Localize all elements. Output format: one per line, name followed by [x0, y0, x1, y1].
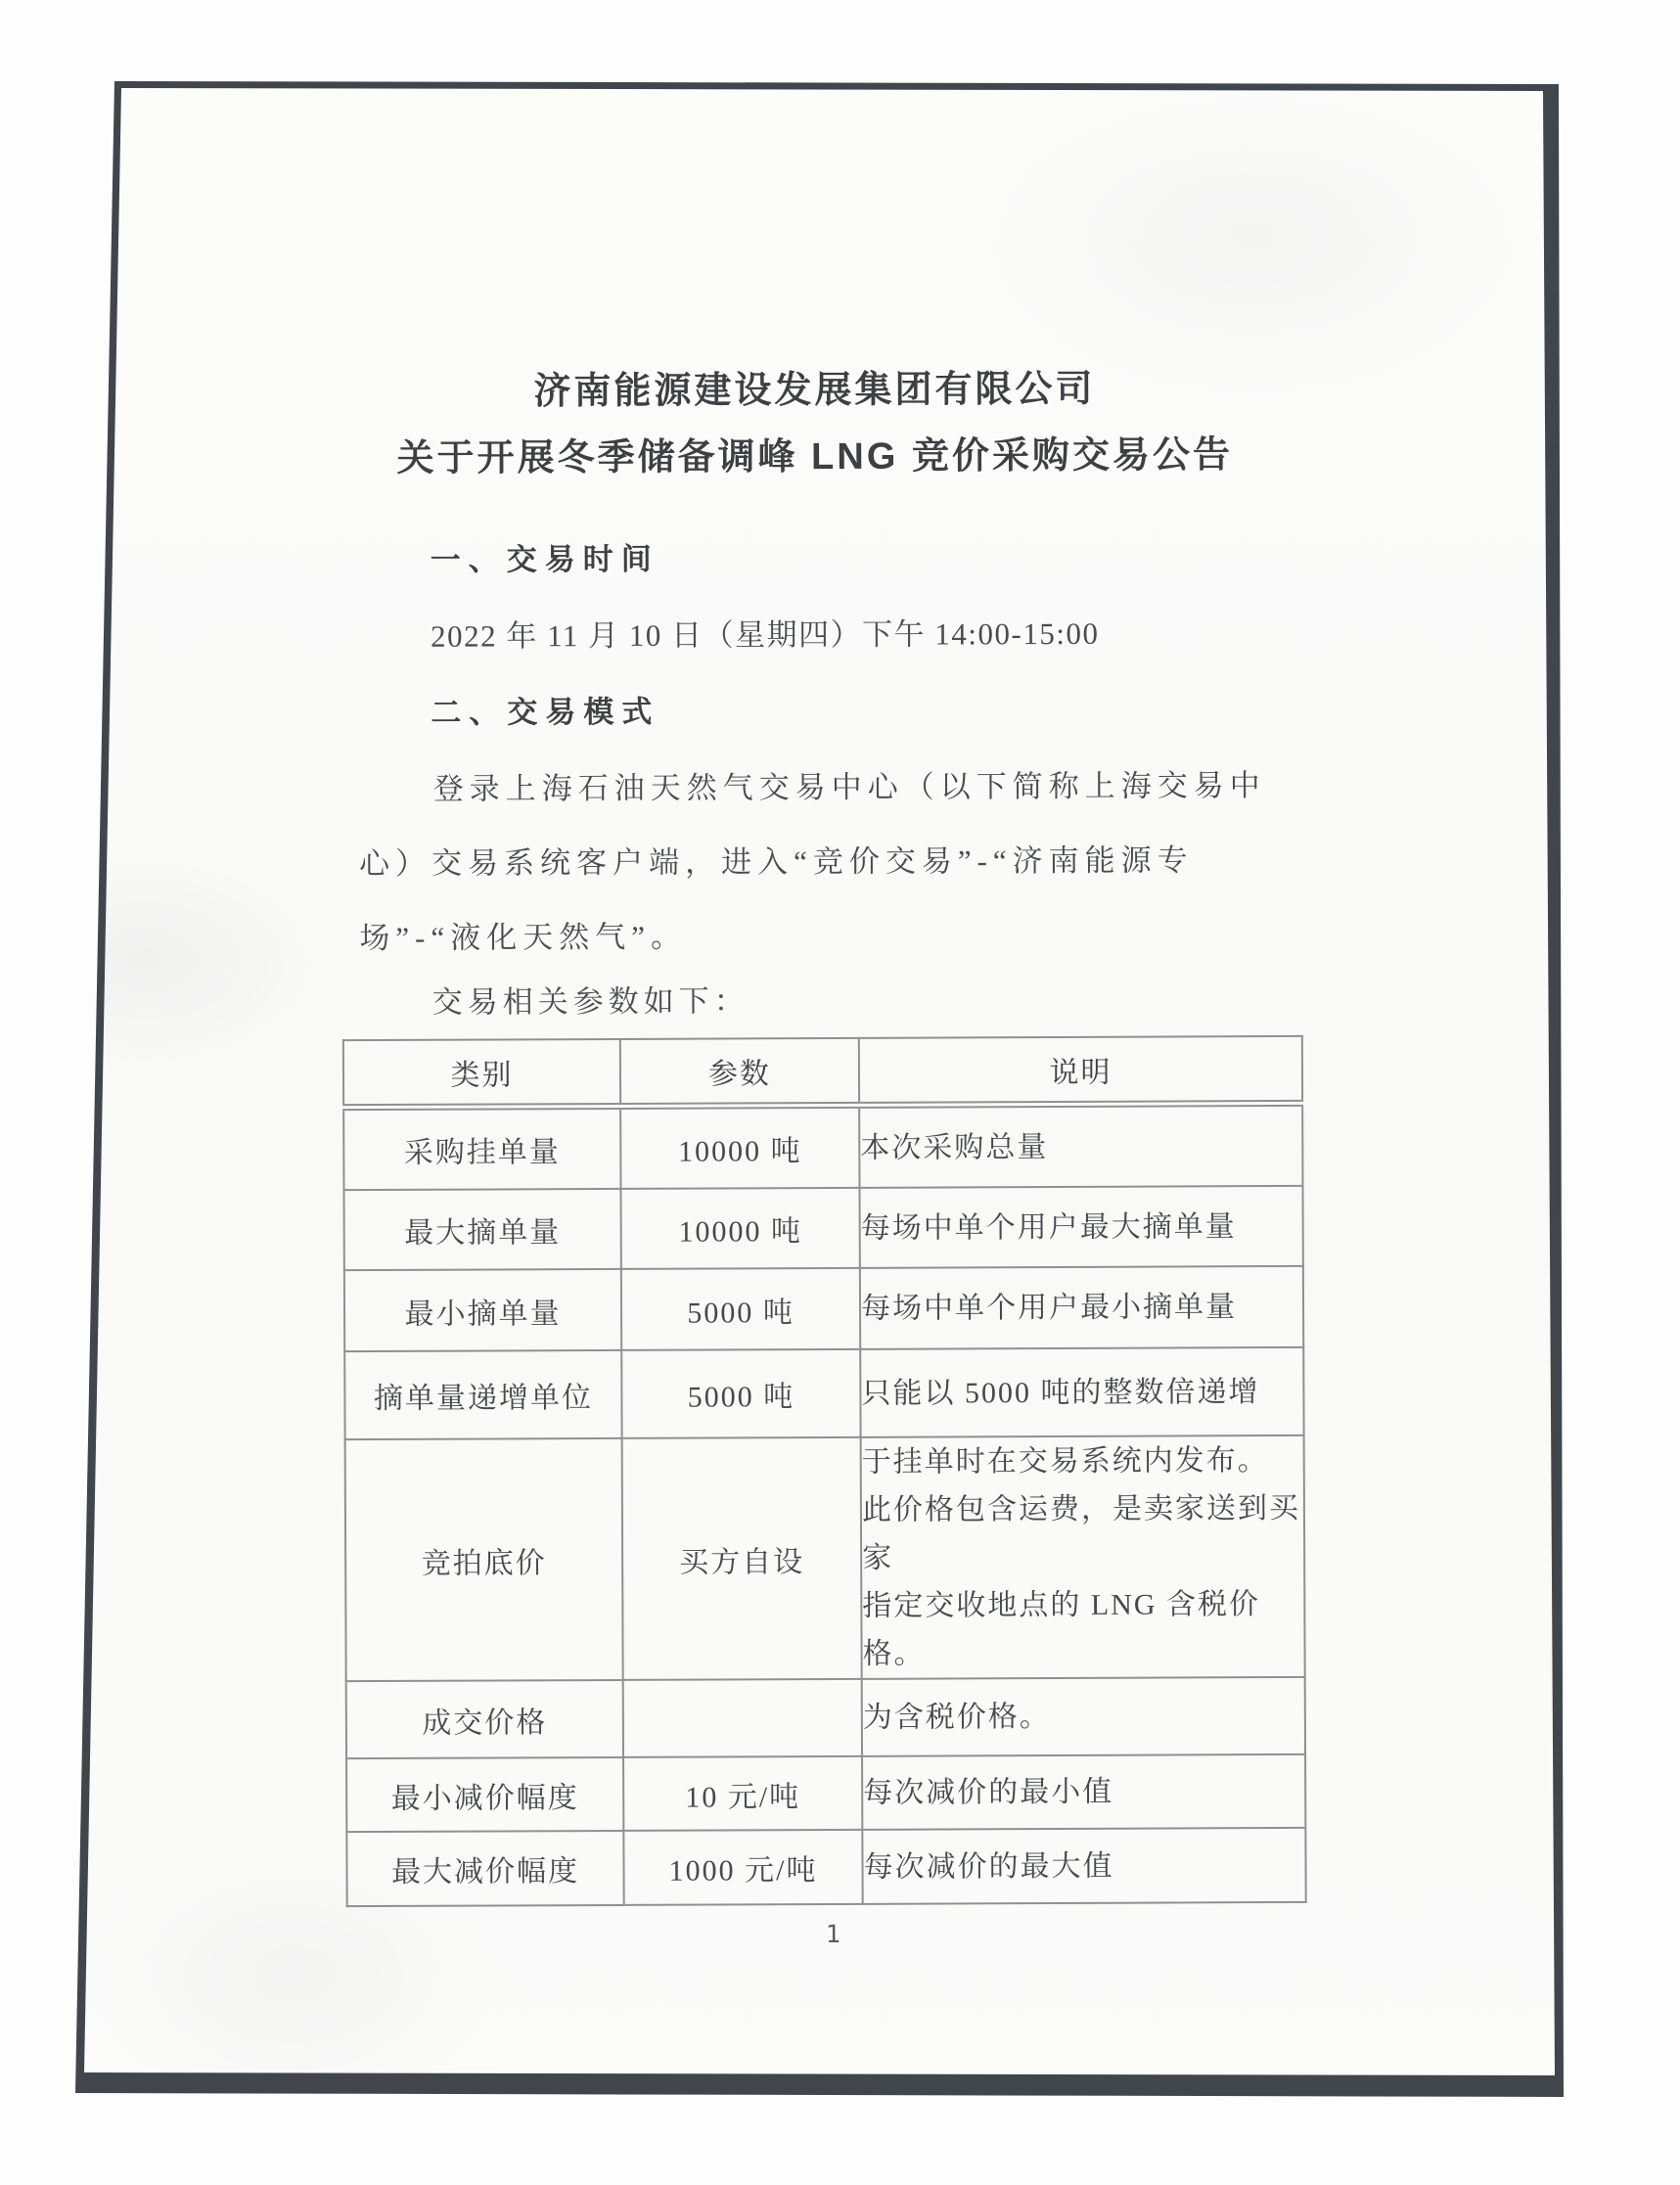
- cell-description: 本次采购总量: [859, 1103, 1302, 1187]
- table-row: 最小摘单量 5000 吨 每场中单个用户最小摘单量: [344, 1266, 1303, 1351]
- table-row: 成交价格 为含税价格。: [346, 1677, 1305, 1758]
- parameters-table: 类别 参数 说明 采购挂单量 10000 吨 本次采购总量 最大摘单量 1000…: [342, 1035, 1307, 1907]
- description-line: 此价格包含运费，是卖家送到买家: [862, 1484, 1303, 1582]
- paragraph-line-2: 心）交易系统客户端，进入“竞价交易”-“济南能源专: [359, 842, 1298, 883]
- header-category: 类别: [343, 1039, 620, 1108]
- cell-parameter: 10 元/吨: [623, 1756, 862, 1831]
- cell-parameter: 5000 吨: [621, 1349, 860, 1438]
- cell-description: 于挂单时在交易系统内发布。 此价格包含运费，是卖家送到买家 指定交收地点的 LN…: [861, 1435, 1305, 1679]
- cell-category: 采购挂单量: [343, 1106, 620, 1190]
- cell-category: 最小摘单量: [344, 1269, 621, 1351]
- scanned-document-photo: 济南能源建设发展集团有限公司 关于开展冬季储备调峰 LNG 竞价采购交易公告 一…: [0, 0, 1680, 2185]
- cell-category: 最大摘单量: [344, 1189, 621, 1270]
- description-line: 每场中单个用户最大摘单量: [861, 1202, 1302, 1252]
- document-title-line1: 济南能源建设发展集团有限公司: [357, 366, 1272, 415]
- cell-parameter: [623, 1679, 862, 1757]
- description-line: 于挂单时在交易系统内发布。: [862, 1436, 1303, 1486]
- section-heading-trade-time: 一、交易时间: [431, 541, 659, 579]
- table-row: 采购挂单量 10000 吨 本次采购总量: [343, 1103, 1302, 1190]
- cell-category: 成交价格: [346, 1680, 623, 1758]
- cell-description: 每场中单个用户最大摘单量: [859, 1186, 1302, 1268]
- document-content: 济南能源建设发展集团有限公司 关于开展冬季储备调峰 LNG 竞价采购交易公告 一…: [0, 0, 1680, 2185]
- description-line: 为含税价格。: [863, 1692, 1304, 1742]
- cell-description: 每次减价的最小值: [862, 1754, 1305, 1830]
- document-title-line2: 关于开展冬季储备调峰 LNG 竞价采购交易公告: [357, 432, 1272, 481]
- description-line: 每场中单个用户最小摘单量: [861, 1283, 1302, 1333]
- trade-time-value: 2022 年 11 月 10 日（星期四）下午 14:00-15:00: [431, 615, 1370, 656]
- cell-parameter: 1000 元/吨: [623, 1830, 862, 1905]
- table-header-row: 类别 参数 说明: [343, 1036, 1302, 1108]
- cell-category: 摘单量递增单位: [344, 1350, 621, 1439]
- table-row: 最小减价幅度 10 元/吨 每次减价的最小值: [346, 1754, 1305, 1832]
- description-line: 只能以 5000 吨的整数倍递增: [861, 1367, 1302, 1417]
- cell-category: 最大减价幅度: [346, 1831, 623, 1906]
- cell-description: 每场中单个用户最小摘单量: [860, 1266, 1303, 1349]
- cell-category: 竞拍底价: [345, 1438, 623, 1681]
- description-line: 每次减价的最大值: [863, 1841, 1304, 1890]
- description-line: 本次采购总量: [860, 1121, 1301, 1171]
- cell-description: 为含税价格。: [862, 1677, 1305, 1756]
- paragraph-line-3: 场”-“液化天然气”。: [359, 916, 1298, 957]
- cell-parameter: 10000 吨: [620, 1105, 859, 1189]
- cell-description: 只能以 5000 吨的整数倍递增: [860, 1347, 1303, 1437]
- description-line: 指定交收地点的 LNG 含税价格。: [862, 1580, 1303, 1678]
- section-heading-trade-mode: 二、交易模式: [431, 694, 659, 732]
- table-row: 摘单量递增单位 5000 吨 只能以 5000 吨的整数倍递增: [344, 1347, 1303, 1439]
- cell-parameter: 10000 吨: [620, 1188, 859, 1269]
- table-row: 竞拍底价 买方自设 于挂单时在交易系统内发布。 此价格包含运费，是卖家送到买家 …: [345, 1435, 1305, 1681]
- cell-parameter: 买方自设: [622, 1437, 862, 1680]
- table-row: 最大减价幅度 1000 元/吨 每次减价的最大值: [346, 1828, 1305, 1906]
- header-description: 说明: [859, 1036, 1302, 1105]
- page-number: 1: [826, 1920, 840, 1948]
- cell-parameter: 5000 吨: [621, 1268, 860, 1350]
- cell-category: 最小减价幅度: [346, 1757, 623, 1832]
- description-line: 每次减价的最小值: [863, 1767, 1304, 1817]
- table-intro-line: 交易相关参数如下：: [432, 980, 1372, 1022]
- cell-description: 每次减价的最大值: [862, 1828, 1305, 1904]
- paragraph-line-1: 登录上海石油天然气交易中心（以下简称上海交易中: [359, 767, 1298, 808]
- table-row: 最大摘单量 10000 吨 每场中单个用户最大摘单量: [344, 1186, 1303, 1270]
- header-parameter: 参数: [620, 1038, 859, 1107]
